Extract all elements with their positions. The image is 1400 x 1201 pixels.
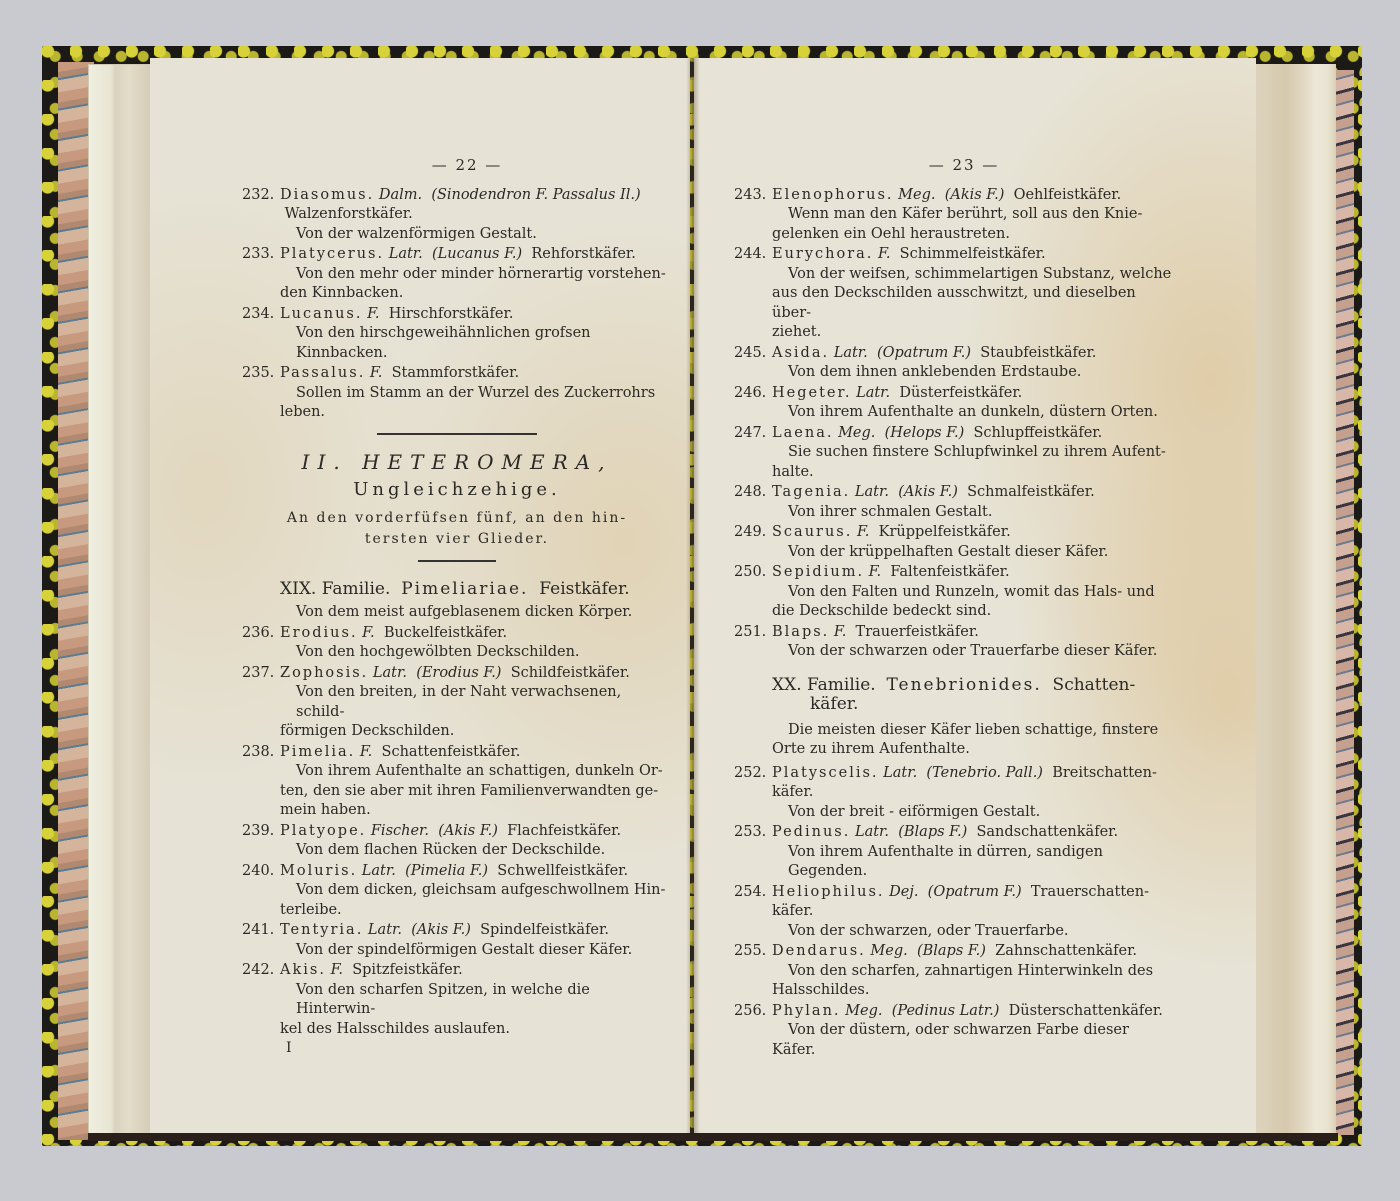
entry-description: Von ihrem Aufenthalte an schattigen, dun… xyxy=(242,762,672,821)
description-line: Von ihrem Aufenthalte in dürren, sandige… xyxy=(788,844,1103,880)
entry-item: 234.Lucanus. F. Hirschforstkäfer.Von den… xyxy=(242,305,672,364)
entry-description: Von den mehr oder minder hörnerartig vor… xyxy=(242,265,672,304)
author-abbrev: Meg. xyxy=(838,425,875,441)
entry-item: 243.Elenophorus. Meg. (Akis F.) Oehlfeis… xyxy=(734,186,1174,245)
synonym: (Akis F.) xyxy=(411,922,471,938)
family-prefix: XIX. Familie. xyxy=(280,579,390,599)
description-line: Von der breit - eiförmigen Gestalt. xyxy=(788,804,1040,820)
entry-description: Sollen im Stamm an der Wurzel des Zucker… xyxy=(242,384,672,423)
entry-number: 248. xyxy=(734,483,766,503)
entry-list-bottom: 252.Platyscelis. Latr. (Tenebrio. Pall.)… xyxy=(734,764,1174,1061)
entry-description: Von der walzenförmigen Gestalt. xyxy=(242,225,672,245)
entry-heading: 255.Dendarus. Meg. (Blaps F.) Zahnschatt… xyxy=(734,942,1174,962)
author-abbrev: F. xyxy=(857,524,869,540)
page-number: — 23 — xyxy=(734,156,1174,176)
description-line: Von den scharfen Spitzen, in welche die … xyxy=(296,982,590,1018)
genus-name: Akis. xyxy=(280,962,326,978)
description-line: Käfer. xyxy=(772,1041,1174,1061)
author-abbrev: Meg. xyxy=(898,187,935,203)
entry-item: 244.Eurychora. F. Schimmelfeistkäfer.Von… xyxy=(734,245,1174,343)
genus-name: Dendarus. xyxy=(772,943,866,959)
description-line: Wenn man den Käfer berührt, soll aus den… xyxy=(788,206,1142,222)
description-line: Von den scharfen, zahnartigen Hinterwink… xyxy=(788,963,1153,979)
entry-item: 255.Dendarus. Meg. (Blaps F.) Zahnschatt… xyxy=(734,942,1174,1001)
entry-heading: 249.Scaurus. F. Krüppelfeistkäfer. xyxy=(734,523,1174,543)
entry-description: Von ihrem Aufenthalte in dürren, sandige… xyxy=(734,843,1174,882)
description-line: Von dem flachen Rücken der Deckschilde. xyxy=(296,842,605,858)
entry-heading: 240.Moluris. Latr. (Pimelia F.) Schwellf… xyxy=(242,862,672,882)
entry-heading: 238.Pimelia. F. Schattenfeistkäfer. xyxy=(242,743,672,763)
entry-item: 248.Tagenia. Latr. (Akis F.) Schmalfeist… xyxy=(734,483,1174,522)
author-abbrev: F. xyxy=(370,365,382,381)
section-description-line: tersten vier Glieder. xyxy=(365,531,549,547)
author-abbrev: F. xyxy=(360,744,372,760)
author-abbrev: Meg. xyxy=(870,943,907,959)
description-line: Von der schwarzen oder Trauerfarbe diese… xyxy=(788,643,1157,659)
family-heading: XX. Familie. Tenebrionides. Schatten- kä… xyxy=(772,676,1174,715)
common-name: Zahnschattenkäfer. xyxy=(995,943,1137,959)
entry-description: Von der düstern, oder schwarzen Farbe di… xyxy=(734,1021,1174,1060)
common-name: Flachfeistkäfer. xyxy=(507,823,621,839)
synonym: (Lucanus F.) xyxy=(432,246,522,262)
genus-name: Asida. xyxy=(772,345,829,361)
entry-description: Von den scharfen, zahnartigen Hinterwink… xyxy=(734,962,1174,1001)
description-line: die Deckschilde bedeckt sind. xyxy=(772,602,1174,622)
entry-item: 253.Pedinus. Latr. (Blaps F.) Sandschatt… xyxy=(734,823,1174,882)
genus-name: Laena. xyxy=(772,425,833,441)
description-line: Von der schwarzen, oder Trauerfarbe. xyxy=(788,923,1069,939)
book-spine-edge xyxy=(88,1133,1338,1141)
entry-description: Von dem flachen Rücken der Deckschilde. xyxy=(242,841,672,861)
entry-heading: 247.Laena. Meg. (Helops F.) Schlupffeist… xyxy=(734,424,1174,444)
entry-heading: 243.Elenophorus. Meg. (Akis F.) Oehlfeis… xyxy=(734,186,1174,206)
entry-heading: 251.Blaps. F. Trauerfeistkäfer. xyxy=(734,623,1174,643)
author-abbrev: Latr. xyxy=(834,345,868,361)
entry-heading: 232.Diasomus. Dalm. (Sinodendron F. Pass… xyxy=(242,186,672,225)
entry-heading: 236.Erodius. F. Buckelfeistkäfer. xyxy=(242,624,672,644)
entry-number: 241. xyxy=(242,921,274,941)
left-page-text: — 22 — 232.Diasomus. Dalm. (Sinodendron … xyxy=(242,156,672,1040)
entry-item: 236.Erodius. F. Buckelfeistkäfer.Von den… xyxy=(242,624,672,663)
genus-name: Tagenia. xyxy=(772,484,850,500)
common-name: Faltenfeistkäfer. xyxy=(890,564,1009,580)
entry-description: Von der breit - eiförmigen Gestalt. xyxy=(734,803,1174,823)
entry-item: 237.Zophosis. Latr. (Erodius F.) Schildf… xyxy=(242,664,672,742)
common-name: Stammforstkäfer. xyxy=(392,365,520,381)
genus-name: Tentyria. xyxy=(280,922,363,938)
author-abbrev: Latr. xyxy=(368,922,402,938)
entry-description: Von dem ihnen anklebenden Erdstaube. xyxy=(734,363,1174,383)
author-abbrev: Latr. xyxy=(883,765,917,781)
entry-number: 244. xyxy=(734,245,766,265)
common-name: Schlupffeistkäfer. xyxy=(973,425,1102,441)
entry-description: Von den hirschgeweihähnlichen grofsen Ki… xyxy=(242,324,672,363)
entry-item: 233.Platycerus. Latr. (Lucanus F.) Rehfo… xyxy=(242,245,672,304)
common-name: Breitschatten- xyxy=(1052,765,1157,781)
common-name: Krüppelfeistkäfer. xyxy=(879,524,1011,540)
genus-name: Zophosis. xyxy=(280,665,368,681)
common-name: Schimmelfeistkäfer. xyxy=(900,246,1046,262)
author-abbrev: F. xyxy=(869,564,881,580)
description-line: Von ihrer schmalen Gestalt. xyxy=(788,504,992,520)
description-line: aus den Deckschilden ausschwitzt, und di… xyxy=(772,284,1174,323)
entry-description: Von den Falten und Runzeln, womit das Ha… xyxy=(734,583,1174,622)
entry-description: Von ihrem Aufenthalte an dunkeln, düster… xyxy=(734,403,1174,423)
author-abbrev: Latr. xyxy=(856,385,890,401)
synonym: (Akis F.) xyxy=(898,484,958,500)
entry-description: Wenn man den Käfer berührt, soll aus den… xyxy=(734,205,1174,244)
synonym: (Blaps F.) xyxy=(917,943,986,959)
entry-item: 249.Scaurus. F. Krüppelfeistkäfer.Von de… xyxy=(734,523,1174,562)
common-name: Schmalfeistkäfer. xyxy=(967,484,1095,500)
genus-name: Pimelia. xyxy=(280,744,355,760)
description-line: mein haben. xyxy=(280,801,672,821)
entry-number: 232. xyxy=(242,186,274,206)
common-name: Schwellfeistkäfer. xyxy=(497,863,628,879)
entry-number: 256. xyxy=(734,1002,766,1022)
description-line: leben. xyxy=(280,403,672,423)
entry-number: 240. xyxy=(242,862,274,882)
family-description: Die meisten dieser Käfer lieben schattig… xyxy=(734,721,1174,760)
entry-heading: 237.Zophosis. Latr. (Erodius F.) Schildf… xyxy=(242,664,672,684)
description-line: Von ihrem Aufenthalte an dunkeln, düster… xyxy=(788,404,1158,420)
entry-number: 249. xyxy=(734,523,766,543)
entry-item: 245.Asida. Latr. (Opatrum F.) Staubfeist… xyxy=(734,344,1174,383)
description-line: Von den breiten, in der Naht verwachsene… xyxy=(296,684,621,720)
genus-name: Diasomus. xyxy=(280,187,374,203)
author-abbrev: F. xyxy=(362,625,374,641)
page-stack-right xyxy=(1256,64,1336,1140)
description-line: halte. xyxy=(772,463,1174,483)
description-line: ziehet. xyxy=(772,323,1174,343)
entry-number: 245. xyxy=(734,344,766,364)
entry-heading: 248.Tagenia. Latr. (Akis F.) Schmalfeist… xyxy=(734,483,1174,503)
entry-description: Von den hochgewölbten Deckschilden. xyxy=(242,643,672,663)
description-line: Von dem dicken, gleichsam aufgeschwollne… xyxy=(296,882,665,898)
entry-number: 236. xyxy=(242,624,274,644)
entry-heading: 239.Platyope. Fischer. (Akis F.) Flachfe… xyxy=(242,822,672,842)
synonym: (Pimelia F.) xyxy=(405,863,488,879)
entry-item: 252.Platyscelis. Latr. (Tenebrio. Pall.)… xyxy=(734,764,1174,823)
common-name: Trauerschatten- xyxy=(1031,884,1149,900)
common-name: Spitzfeistkäfer. xyxy=(352,962,463,978)
genus-name: Pedinus. xyxy=(772,824,850,840)
entry-list-bottom: 236.Erodius. F. Buckelfeistkäfer.Von den… xyxy=(242,624,672,1040)
synonym: (Akis F.) xyxy=(438,823,498,839)
common-name: Düsterfeistkäfer. xyxy=(899,385,1022,401)
common-name-cont: käfer. xyxy=(772,784,813,800)
synonym: (Tenebrio. Pall.) xyxy=(926,765,1043,781)
family-heading: XIX. Familie. Pimeliariae. Feistkäfer. xyxy=(280,580,672,600)
entry-number: 233. xyxy=(242,245,274,265)
right-page-text: — 23 — 243.Elenophorus. Meg. (Akis F.) O… xyxy=(734,156,1174,1061)
entry-item: 256.Phylan. Meg. (Pedinus Latr.) Düsters… xyxy=(734,1002,1174,1061)
book-gutter xyxy=(686,58,700,1136)
author-abbrev: Latr. xyxy=(362,863,396,879)
section-description: An den vorderfüfsen fünf, an den hin- te… xyxy=(242,508,672,550)
genus-name: Eurychora. xyxy=(772,246,873,262)
description-line: Von den hirschgeweihähnlichen grofsen Ki… xyxy=(296,325,591,361)
family-common-name: Feistkäfer. xyxy=(539,579,629,599)
genus-name: Passalus. xyxy=(280,365,365,381)
genus-name: Platyscelis. xyxy=(772,765,879,781)
family-description-line: Die meisten dieser Käfer lieben schattig… xyxy=(788,722,1158,738)
author-abbrev: Fischer. xyxy=(371,823,429,839)
author-abbrev: F. xyxy=(878,246,890,262)
entry-heading: 241.Tentyria. Latr. (Akis F.) Spindelfei… xyxy=(242,921,672,941)
description-line: gelenken ein Oehl heraustreten. xyxy=(772,225,1174,245)
genus-name: Scaurus. xyxy=(772,524,852,540)
entry-heading: 246.Hegeter. Latr. Düsterfeistkäfer. xyxy=(734,384,1174,404)
section-description-line: An den vorderfüfsen fünf, an den hin- xyxy=(287,510,627,526)
author-abbrev: Latr. xyxy=(389,246,423,262)
author-abbrev: F. xyxy=(367,306,379,322)
entry-heading: 254.Heliophilus. Dej. (Opatrum F.) Traue… xyxy=(734,883,1174,922)
entry-list-top: 232.Diasomus. Dalm. (Sinodendron F. Pass… xyxy=(242,186,672,423)
entry-heading: 253.Pedinus. Latr. (Blaps F.) Sandschatt… xyxy=(734,823,1174,843)
common-name: Sandschattenkäfer. xyxy=(976,824,1118,840)
family-prefix: XX. Familie. xyxy=(772,675,876,695)
entry-item: 250.Sepidium. F. Faltenfeistkäfer.Von de… xyxy=(734,563,1174,622)
author-abbrev: Meg. xyxy=(845,1003,882,1019)
entry-number: 252. xyxy=(734,764,766,784)
entry-item: 240.Moluris. Latr. (Pimelia F.) Schwellf… xyxy=(242,862,672,921)
description-line: terleibe. xyxy=(280,901,672,921)
genus-name: Elenophorus. xyxy=(772,187,894,203)
entry-item: 251.Blaps. F. Trauerfeistkäfer.Von der s… xyxy=(734,623,1174,662)
description-line: Sie suchen finstere Schlupfwinkel zu ihr… xyxy=(788,444,1166,460)
description-line: Von dem ihnen anklebenden Erdstaube. xyxy=(788,364,1081,380)
divider-rule xyxy=(377,433,537,435)
entry-heading: 256.Phylan. Meg. (Pedinus Latr.) Düsters… xyxy=(734,1002,1174,1022)
family-description: Von dem meist aufgeblasenem dicken Körpe… xyxy=(242,603,672,623)
description-line: Von der düstern, oder schwarzen Farbe di… xyxy=(788,1022,1129,1038)
author-abbrev: Dalm. xyxy=(379,187,422,203)
entry-number: 235. xyxy=(242,364,274,384)
entry-number: 247. xyxy=(734,424,766,444)
entry-number: 239. xyxy=(242,822,274,842)
entry-number: 246. xyxy=(734,384,766,404)
family-name: Pimeliariae. xyxy=(401,579,528,599)
genus-name: Lucanus. xyxy=(280,306,362,322)
synonym: (Pedinus Latr.) xyxy=(892,1003,1000,1019)
author-abbrev: F. xyxy=(331,962,343,978)
synonym: (Opatrum F.) xyxy=(928,884,1022,900)
entry-description: Von der spindelförmigen Gestalt dieser K… xyxy=(242,941,672,961)
common-name: Buckelfeistkäfer. xyxy=(384,625,507,641)
entry-number: 250. xyxy=(734,563,766,583)
section-title: II. HETEROMERA, xyxy=(242,453,672,473)
description-line: Von der walzenförmigen Gestalt. xyxy=(296,226,537,242)
entry-number: 242. xyxy=(242,961,274,981)
entry-item: 242.Akis. F. Spitzfeistkäfer.Von den sch… xyxy=(242,961,672,1039)
entry-number: 234. xyxy=(242,305,274,325)
entry-item: 235.Passalus. F. Stammforstkäfer.Sollen … xyxy=(242,364,672,423)
genus-name: Blaps. xyxy=(772,624,829,640)
entry-heading: 234.Lucanus. F. Hirschforstkäfer. xyxy=(242,305,672,325)
entry-heading: 233.Platycerus. Latr. (Lucanus F.) Rehfo… xyxy=(242,245,672,265)
entry-item: 239.Platyope. Fischer. (Akis F.) Flachfe… xyxy=(242,822,672,861)
common-name: Schildfeistkäfer. xyxy=(511,665,630,681)
entry-list-top: 243.Elenophorus. Meg. (Akis F.) Oehlfeis… xyxy=(734,186,1174,662)
entry-heading: 242.Akis. F. Spitzfeistkäfer. xyxy=(242,961,672,981)
entry-description: Von der schwarzen oder Trauerfarbe diese… xyxy=(734,642,1174,662)
description-line: kel des Halsschildes auslaufen. xyxy=(280,1020,672,1040)
description-line: den Kinnbacken. xyxy=(280,284,672,304)
entry-description: Von den scharfen Spitzen, in welche die … xyxy=(242,981,672,1040)
section-subtitle: Ungleichzehige. xyxy=(242,480,672,500)
description-line: Von der weifsen, schimmelartigen Substan… xyxy=(788,266,1171,282)
right-page: — 23 — 243.Elenophorus. Meg. (Akis F.) O… xyxy=(694,58,1256,1136)
description-line: Von den hochgewölbten Deckschilden. xyxy=(296,644,580,660)
author-abbrev: Dej. xyxy=(889,884,918,900)
entry-number: 251. xyxy=(734,623,766,643)
synonym: (Opatrum F.) xyxy=(877,345,971,361)
entry-description: Von der krüppelhaften Gestalt dieser Käf… xyxy=(734,543,1174,563)
synonym: (Blaps F.) xyxy=(898,824,967,840)
entry-number: 254. xyxy=(734,883,766,903)
common-name: Hirschforstkäfer. xyxy=(389,306,514,322)
genus-name: Platycerus. xyxy=(280,246,384,262)
divider-rule xyxy=(418,560,496,562)
synonym: (Erodius F.) xyxy=(416,665,501,681)
common-name: Oehlfeistkäfer. xyxy=(1014,187,1122,203)
author-abbrev: F. xyxy=(834,624,846,640)
entry-item: 232.Diasomus. Dalm. (Sinodendron F. Pass… xyxy=(242,186,672,245)
family-name: Tenebrionides. xyxy=(887,675,1042,695)
description-line: Von der krüppelhaften Gestalt dieser Käf… xyxy=(788,544,1108,560)
common-name: Spindelfeistkäfer. xyxy=(480,922,609,938)
entry-heading: 235.Passalus. F. Stammforstkäfer. xyxy=(242,364,672,384)
genus-name: Moluris. xyxy=(280,863,357,879)
entry-heading: 252.Platyscelis. Latr. (Tenebrio. Pall.)… xyxy=(734,764,1174,803)
entry-number: 243. xyxy=(734,186,766,206)
common-name: Staubfeistkäfer. xyxy=(980,345,1096,361)
entry-description: Von ihrer schmalen Gestalt. xyxy=(734,503,1174,523)
family-description-line: Orte zu ihrem Aufenthalte. xyxy=(772,740,1174,760)
entry-description: Von dem dicken, gleichsam aufgeschwollne… xyxy=(242,881,672,920)
entry-description: Von den breiten, in der Naht verwachsene… xyxy=(242,683,672,742)
entry-heading: 244.Eurychora. F. Schimmelfeistkäfer. xyxy=(734,245,1174,265)
entry-item: 241.Tentyria. Latr. (Akis F.) Spindelfei… xyxy=(242,921,672,960)
page-number: — 22 — xyxy=(242,156,672,176)
description-line: förmigen Deckschilden. xyxy=(280,722,672,742)
genus-name: Erodius. xyxy=(280,625,358,641)
entry-item: 238.Pimelia. F. Schattenfeistkäfer.Von i… xyxy=(242,743,672,821)
description-line: Von ihrem Aufenthalte an schattigen, dun… xyxy=(296,763,663,779)
entry-number: 255. xyxy=(734,942,766,962)
entry-heading: 245.Asida. Latr. (Opatrum F.) Staubfeist… xyxy=(734,344,1174,364)
description-line: Von der spindelförmigen Gestalt dieser K… xyxy=(296,942,632,958)
description-line: Von den Falten und Runzeln, womit das Ha… xyxy=(788,584,1155,600)
entry-number: 238. xyxy=(242,743,274,763)
entry-number: 237. xyxy=(242,664,274,684)
common-name-cont: käfer. xyxy=(772,903,813,919)
synonym: (Helops F.) xyxy=(885,425,965,441)
genus-name: Sepidium. xyxy=(772,564,864,580)
description-line: ten, den sie aber mit ihren Familienverw… xyxy=(280,782,672,802)
genus-name: Hegeter. xyxy=(772,385,851,401)
description-line: Von den mehr oder minder hörnerartig vor… xyxy=(296,266,666,282)
family-common-name-cont: käfer. xyxy=(772,694,858,714)
entry-item: 254.Heliophilus. Dej. (Opatrum F.) Traue… xyxy=(734,883,1174,942)
author-abbrev: Latr. xyxy=(855,484,889,500)
common-name: Walzenforstkäfer. xyxy=(285,206,413,222)
entry-description: Sie suchen finstere Schlupfwinkel zu ihr… xyxy=(734,443,1174,482)
author-abbrev: Latr. xyxy=(855,824,889,840)
description-line: Halsschildes. xyxy=(772,981,1174,1001)
synonym: (Akis F.) xyxy=(945,187,1005,203)
synonym: (Sinodendron F. Passalus Il.) xyxy=(431,187,640,203)
description-line: Sollen im Stamm an der Wurzel des Zucker… xyxy=(296,385,655,401)
common-name: Trauerfeistkäfer. xyxy=(856,624,979,640)
author-abbrev: Latr. xyxy=(373,665,407,681)
common-name: Schattenfeistkäfer. xyxy=(382,744,521,760)
entry-number: 253. xyxy=(734,823,766,843)
genus-name: Heliophilus. xyxy=(772,884,885,900)
genus-name: Platyope. xyxy=(280,823,366,839)
entry-heading: 250.Sepidium. F. Faltenfeistkäfer. xyxy=(734,563,1174,583)
left-page: — 22 — 232.Diasomus. Dalm. (Sinodendron … xyxy=(150,58,690,1136)
entry-item: 246.Hegeter. Latr. Düsterfeistkäfer.Von … xyxy=(734,384,1174,423)
common-name: Rehforstkäfer. xyxy=(531,246,635,262)
signature-mark: I xyxy=(286,1040,292,1056)
family-common-name: Schatten- xyxy=(1053,675,1136,695)
entry-description: Von der weifsen, schimmelartigen Substan… xyxy=(734,265,1174,343)
common-name: Düsterschattenkäfer. xyxy=(1009,1003,1163,1019)
entry-item: 247.Laena. Meg. (Helops F.) Schlupffeist… xyxy=(734,424,1174,483)
genus-name: Phylan. xyxy=(772,1003,841,1019)
entry-description: Von der schwarzen, oder Trauerfarbe. xyxy=(734,922,1174,942)
